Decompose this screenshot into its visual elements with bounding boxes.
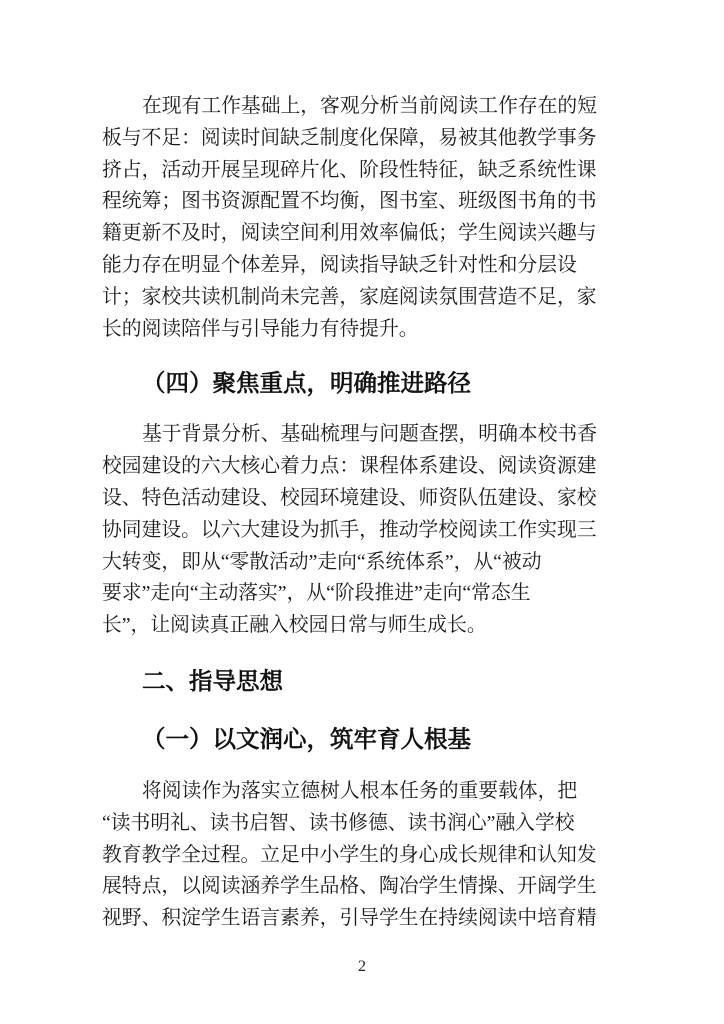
page-content: 在现有工作基础上，客观分析当前阅读工作存在的短 板与不足：阅读时间缺乏制度化保障…: [102, 0, 610, 935]
paragraph-six-constructions: 基于背景分析、基础梳理与问题查摆，明确本校书香 校园建设的六大核心着力点：课程体…: [102, 419, 610, 642]
text-line: 程统筹；图书资源配置不均衡，图书室、班级图书角的书: [102, 186, 610, 218]
text-line: 能力存在明显个体差异，阅读指导缺乏针对性和分层设: [102, 250, 610, 282]
text-line: 基于背景分析、基础梳理与问题查摆，明确本校书香: [102, 419, 610, 451]
text-line: 展特点，以阅读涵养学生品格、陶冶学生情操、开阔学生: [102, 871, 610, 903]
text-line: 大转变，即从“零散活动”走向“系统体系”，从“被动: [102, 547, 610, 579]
page-number: 2: [0, 958, 724, 976]
text-line: 挤占，活动开展呈现碎片化、阶段性特征，缺乏系统性课: [102, 155, 610, 187]
heading-part-two: 二、指导思想: [102, 665, 610, 697]
heading-section-four: （四）聚焦重点，明确推进路径: [102, 367, 610, 399]
text-line: 长的阅读陪伴与引导能力有待提升。: [102, 314, 610, 346]
paragraph-shortcomings: 在现有工作基础上，客观分析当前阅读工作存在的短 板与不足：阅读时间缺乏制度化保障…: [102, 91, 610, 345]
text-line: 要求”走向“主动落实”，从“阶段推进”走向“常态生: [102, 578, 610, 610]
text-line: 校园建设的六大核心着力点：课程体系建设、阅读资源建: [102, 451, 610, 483]
text-line: 设、特色活动建设、校园环境建设、师资队伍建设、家校: [102, 483, 610, 515]
text-line: 籍更新不及时，阅读空间利用效率偏低；学生阅读兴趣与: [102, 218, 610, 250]
paragraph-guiding-ideology: 将阅读作为落实立德树人根本任务的重要载体，把 “读书明礼、读书启智、读书修德、读…: [102, 776, 610, 935]
text-line: 教育教学全过程。立足中小学生的身心成长规律和认知发: [102, 840, 610, 872]
text-line: 板与不足：阅读时间缺乏制度化保障，易被其他教学事务: [102, 123, 610, 155]
text-line: 计；家校共读机制尚未完善，家庭阅读氛围营造不足，家: [102, 282, 610, 314]
document-page: 在现有工作基础上，客观分析当前阅读工作存在的短 板与不足：阅读时间缺乏制度化保障…: [0, 0, 724, 1024]
text-line: “读书明礼、读书启智、读书修德、读书润心”融入学校: [102, 808, 610, 840]
text-line: 视野、积淀学生语言素养，引导学生在持续阅读中培育精: [102, 903, 610, 935]
heading-sub-one: （一）以文润心，筑牢育人根基: [102, 723, 610, 755]
text-line: 将阅读作为落实立德树人根本任务的重要载体，把: [102, 776, 610, 808]
text-line: 在现有工作基础上，客观分析当前阅读工作存在的短: [102, 91, 610, 123]
text-line: 长”，让阅读真正融入校园日常与师生成长。: [102, 610, 610, 642]
text-line: 协同建设。以六大建设为抓手，推动学校阅读工作实现三: [102, 515, 610, 547]
